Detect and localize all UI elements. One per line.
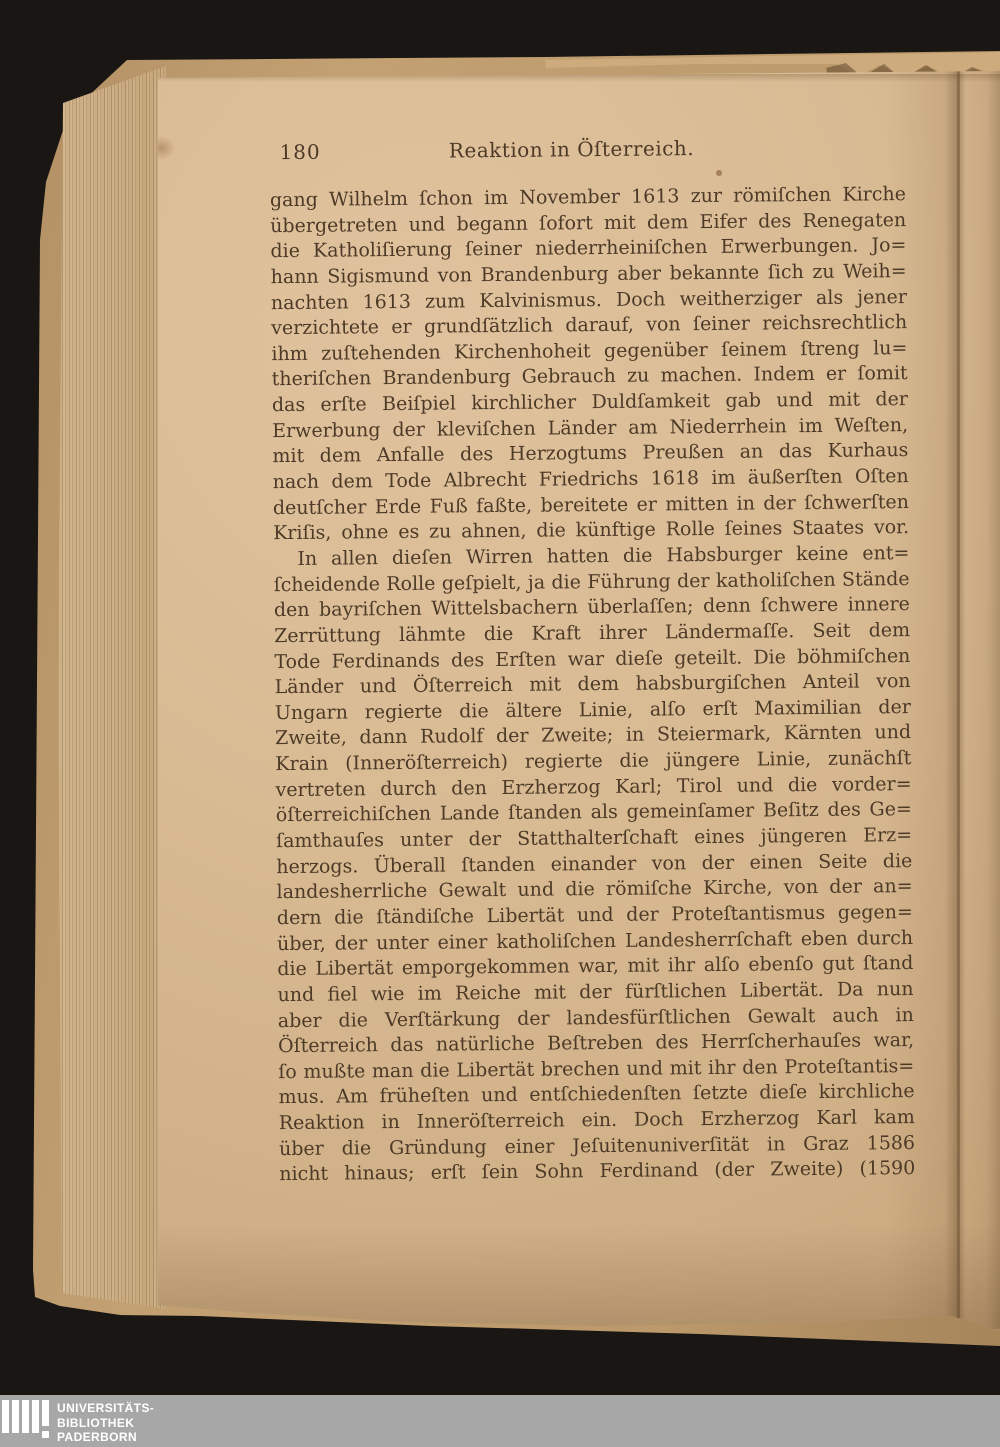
- running-header-text: Reaktion in Öſterreich.: [449, 136, 694, 162]
- book-scan: 180 Reaktion in Öſterreich. gang Wilhelm…: [0, 0, 1000, 1447]
- paragraph: gang Wilhelm ſchon im November 1613 zur …: [270, 182, 909, 547]
- paragraph: In allen dieſen Wirren hatten die Habsbu…: [273, 541, 915, 1188]
- library-name: UNIVERSITÄTS- BIBLIOTHEK PADERBORN: [57, 1401, 154, 1445]
- running-header: Reaktion in Öſterreich.: [269, 134, 905, 164]
- page-text: gang Wilhelm ſchon im November 1613 zur …: [270, 182, 916, 1188]
- library-name-line1: UNIVERSITÄTS-: [57, 1401, 154, 1416]
- library-name-line2: BIBLIOTHEK: [57, 1416, 154, 1431]
- library-watermark-band: UNIVERSITÄTS- BIBLIOTHEK PADERBORN: [0, 1395, 1000, 1447]
- library-name-line3: PADERBORN: [57, 1430, 154, 1445]
- library-logo-icon: [2, 1400, 52, 1442]
- text-line: nicht hinaus; erſt ſein Sohn Ferdinand (…: [279, 1156, 915, 1188]
